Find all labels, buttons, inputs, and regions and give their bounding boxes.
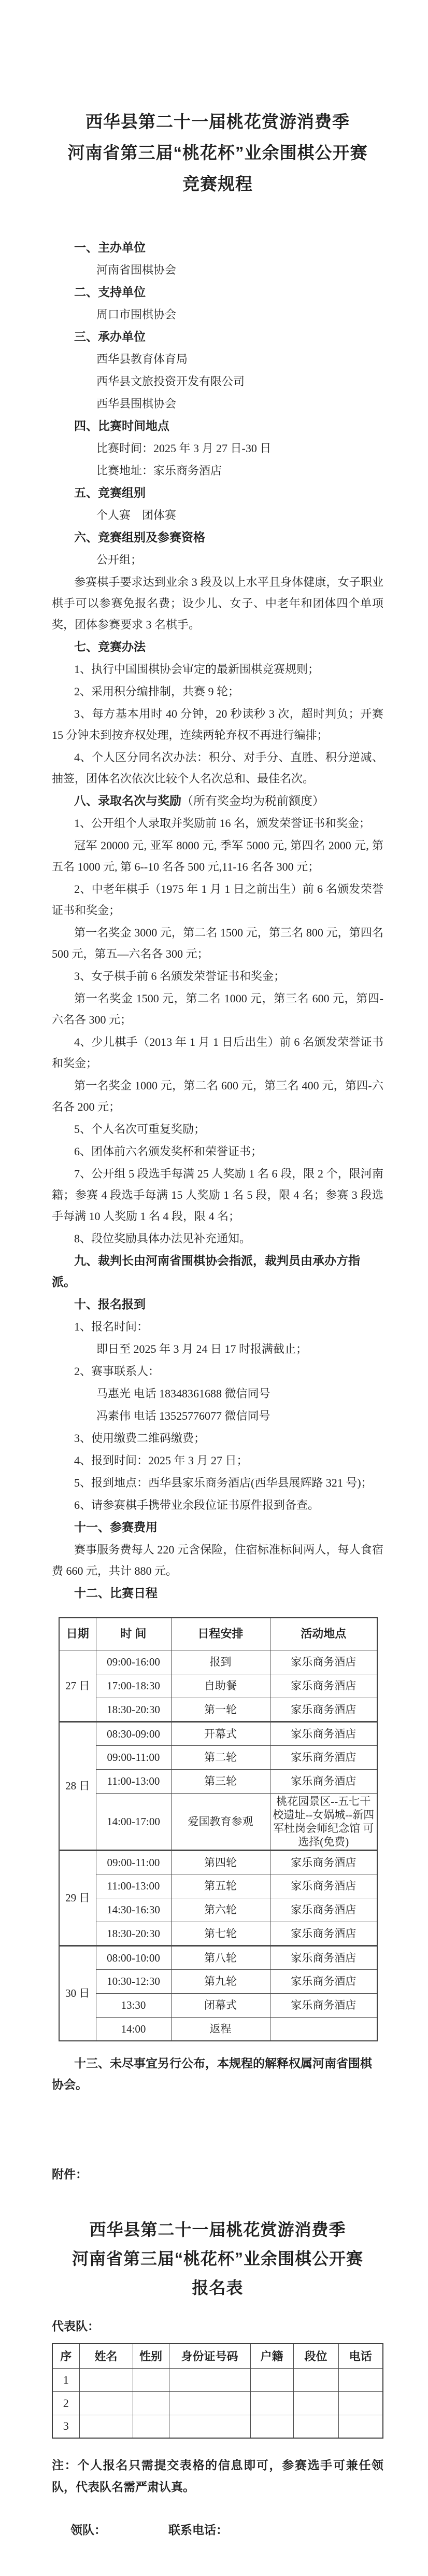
reg-empty-cell <box>133 2415 169 2438</box>
schedule-row: 29 日 09:00-11:00 第四轮 家乐商务酒店 <box>59 1850 377 1874</box>
event-cell: 第六轮 <box>171 1898 270 1922</box>
award-item: 冠军 20000 元, 亚军 8000 元, 季军 5000 元, 第四名 20… <box>52 835 383 877</box>
reg-header-gender: 性别 <box>133 2344 169 2368</box>
date-cell: 27 日 <box>59 1650 96 1721</box>
registration-table: 序 姓名 性别 身份证号码 户籍 段位 电话 1 2 3 <box>52 2343 383 2439</box>
team-label: 代表队： <box>52 2316 383 2337</box>
reg-no-cell: 1 <box>52 2368 79 2391</box>
signup-item: 1、报名时间： <box>52 1316 383 1337</box>
reg-empty-cell <box>79 2391 133 2415</box>
time-cell: 08:30-09:00 <box>96 1721 171 1745</box>
reg-empty-cell <box>293 2415 338 2438</box>
event-cell: 第五轮 <box>171 1874 270 1898</box>
reg-empty-cell <box>338 2391 383 2415</box>
time-cell: 08:00-10:00 <box>96 1945 171 1969</box>
reg-empty-cell <box>79 2415 133 2438</box>
venue-cell <box>270 2017 377 2041</box>
event-cell: 第八轮 <box>171 1945 270 1969</box>
time-cell: 11:00-13:00 <box>96 1769 171 1793</box>
time-cell: 10:30-12:30 <box>96 1969 171 1993</box>
section-heading-4: 四、比赛时间地点 <box>52 415 383 437</box>
form-note: 注：个人报名只需提交表格的信息即可，参赛选手可兼任领队，代表队名需严肃认真。 <box>52 2454 383 2498</box>
doc-title-line2: 河南省第三届“桃花杯”业余围棋公开赛 <box>52 137 383 169</box>
reg-header-phone: 电话 <box>338 2344 383 2368</box>
schedule-header-row: 日期 时 间 日程安排 活动地点 <box>59 1618 377 1650</box>
schedule-row: 11:00-13:00 第五轮 家乐商务酒店 <box>59 1874 377 1898</box>
section-heading-12: 十二、比赛日程 <box>52 1583 383 1604</box>
document-page: 西华县第二十一届桃花赏游消费季 河南省第三届“桃花杯”业余围棋公开赛 竞赛规程 … <box>0 0 428 2576</box>
event-cell: 第二轮 <box>171 1745 270 1769</box>
venue-cell: 家乐商务酒店 <box>270 1993 377 2017</box>
header-plan: 日程安排 <box>171 1618 270 1650</box>
reg-empty-cell <box>293 2391 338 2415</box>
reg-empty-cell <box>293 2368 338 2391</box>
time-cell: 14:30-16:30 <box>96 1898 171 1922</box>
time-cell: 09:00-11:00 <box>96 1745 171 1769</box>
rule-item: 4、个人区分同名次办法：积分、对手分、直胜、积分逆减、抽签，团体名次依次比较个人… <box>52 747 383 789</box>
leader-line: 领队：联系电话： <box>52 2519 383 2541</box>
eligibility-paragraph: 参赛棋手要求达到业余 3 段及以上水平且身体健康，女子职业棋手可以参赛免报名费；… <box>52 571 383 635</box>
rule-item: 1、执行中国围棋协会审定的最新围棋竞赛规则； <box>52 659 383 680</box>
date-cell: 28 日 <box>59 1721 96 1850</box>
reg-empty-cell <box>169 2415 250 2438</box>
schedule-row: 27 日 09:00-16:00 报到 家乐商务酒店 <box>59 1650 377 1674</box>
registration-header-row: 序 姓名 性别 身份证号码 户籍 段位 电话 <box>52 2344 383 2368</box>
org-item: 周口市围棋协会 <box>52 304 383 325</box>
schedule-row: 13:30 闭幕式 家乐商务酒店 <box>59 1993 377 2017</box>
org-item: 西华县文旅投资开发有限公司 <box>52 371 383 392</box>
section-heading-5: 五、竞赛组别 <box>52 482 383 503</box>
signup-deadline: 即日至 2025 年 3 月 24 日 17 时报满截止； <box>52 1338 383 1360</box>
reg-empty-cell <box>133 2391 169 2415</box>
reg-no-cell: 2 <box>52 2391 79 2415</box>
section-heading-6: 六、竞赛组别及参赛资格 <box>52 527 383 548</box>
doc-title-block: 西华县第二十一届桃花赏游消费季 河南省第三届“桃花杯”业余围棋公开赛 竞赛规程 <box>52 106 383 200</box>
header-venue: 活动地点 <box>270 1618 377 1650</box>
award-item: 5、个人名次可重复奖励； <box>52 1118 383 1140</box>
rule-item: 3、每方基本用时 40 分钟，20 秒读秒 3 次，超时判负；开赛 15 分钟未… <box>52 703 383 746</box>
schedule-row: 14:30-16:30 第六轮 家乐商务酒店 <box>59 1898 377 1922</box>
schedule-row: 14:00-17:00 爱国教育参观 桃花园景区--五七干校遗址--女娲城--新… <box>59 1793 377 1850</box>
reg-header-name: 姓名 <box>79 2344 133 2368</box>
section-heading-1: 一、主办单位 <box>52 237 383 258</box>
reg-empty-cell <box>169 2391 250 2415</box>
signup-item: 3、使用缴费二维码缴费； <box>52 1427 383 1449</box>
org-item: 西华县教育体育局 <box>52 348 383 370</box>
reg-empty-cell <box>133 2368 169 2391</box>
schedule-row: 11:00-13:00 第三轮 家乐商务酒店 <box>59 1769 377 1793</box>
form-title-line1: 西华县第二十一届桃花赏游消费季 <box>52 2215 383 2244</box>
venue-cell: 家乐商务酒店 <box>270 1922 377 1945</box>
award-item: 1、公开组个人录取并奖励前 16 名，颁发荣誉证书和奖金； <box>52 813 383 834</box>
signup-item: 5、报到地点：西华县家乐商务酒店(西华县展辉路 321 号)； <box>52 1472 383 1493</box>
reg-header-id: 身份证号码 <box>169 2344 250 2368</box>
signup-item: 6、请参赛棋手携带业余段位证书原件报到备查。 <box>52 1494 383 1516</box>
time-cell: 17:00-18:30 <box>96 1674 171 1698</box>
event-cell: 第九轮 <box>171 1969 270 1993</box>
section-heading-2: 二、支持单位 <box>52 282 383 303</box>
time-cell: 14:00-17:00 <box>96 1793 171 1850</box>
doc-title-line3: 竞赛规程 <box>52 169 383 200</box>
signup-item: 4、报到时间：2025 年 3 月 27 日； <box>52 1450 383 1471</box>
match-time: 比赛时间：2025 年 3 月 27 日-30 日 <box>52 438 383 459</box>
venue-cell: 家乐商务酒店 <box>270 1745 377 1769</box>
event-cell: 爱国教育参观 <box>171 1793 270 1850</box>
contact-person: 冯素伟 电话 13525776077 微信同号 <box>52 1405 383 1426</box>
reg-empty-cell <box>79 2368 133 2391</box>
venue-cell: 家乐商务酒店 <box>270 1769 377 1793</box>
schedule-row: 30 日 08:00-10:00 第八轮 家乐商务酒店 <box>59 1945 377 1969</box>
reg-empty-cell <box>250 2415 293 2438</box>
schedule-row: 10:30-12:30 第九轮 家乐商务酒店 <box>59 1969 377 1993</box>
header-date: 日期 <box>59 1618 96 1650</box>
signup-item: 2、赛事联系人： <box>52 1361 383 1382</box>
schedule-row: 18:30-20:30 第七轮 家乐商务酒店 <box>59 1922 377 1945</box>
schedule-row: 28 日 08:30-09:00 开幕式 家乐商务酒店 <box>59 1721 377 1745</box>
schedule-row: 09:00-11:00 第二轮 家乐商务酒店 <box>59 1745 377 1769</box>
award-item: 第一名奖金 1500 元，第二名 1000 元，第三名 600 元，第四-六名各… <box>52 988 383 1030</box>
event-cell: 第三轮 <box>171 1769 270 1793</box>
event-cell: 第四轮 <box>171 1850 270 1874</box>
venue-cell: 家乐商务酒店 <box>270 1850 377 1874</box>
reg-empty-cell <box>250 2368 293 2391</box>
section-heading-8-note: （所有奖金均为税前额度） <box>181 794 324 807</box>
schedule-row: 17:00-18:30 自助餐 家乐商务酒店 <box>59 1674 377 1698</box>
group-types: 个人赛 团体赛 <box>52 505 383 526</box>
form-title-block: 西华县第二十一届桃花赏游消费季 河南省第三届“桃花杯”业余围棋公开赛 报名表 <box>52 2215 383 2302</box>
leader-label: 领队： <box>70 2523 106 2537</box>
event-cell: 自助餐 <box>171 1674 270 1698</box>
schedule-row: 18:30-20:30 第一轮 家乐商务酒店 <box>59 1698 377 1721</box>
schedule-table: 日期 时 间 日程安排 活动地点 27 日 09:00-16:00 报到 家乐商… <box>59 1617 378 2041</box>
date-cell: 30 日 <box>59 1945 96 2041</box>
org-item: 西华县围棋协会 <box>52 393 383 414</box>
event-cell: 第一轮 <box>171 1698 270 1721</box>
award-item: 8、段位奖励具体办法见补充通知。 <box>52 1228 383 1249</box>
event-cell: 闭幕式 <box>171 1993 270 2017</box>
reg-no-cell: 3 <box>52 2415 79 2438</box>
venue-cell: 家乐商务酒店 <box>270 1898 377 1922</box>
open-group: 公开组； <box>52 549 383 570</box>
award-item: 7、公开组 5 段选手每满 25 人奖励 1 名 6 段，限 2 个，限河南籍；… <box>52 1163 383 1227</box>
time-cell: 18:30-20:30 <box>96 1922 171 1945</box>
venue-cell: 家乐商务酒店 <box>270 1698 377 1721</box>
reg-empty-cell <box>169 2368 250 2391</box>
phone-label: 联系电话： <box>168 2523 228 2537</box>
section-heading-9: 九、裁判长由河南省围棋协会指派，裁判员由承办方指派。 <box>52 1250 383 1293</box>
venue-cell: 家乐商务酒店 <box>270 1945 377 1969</box>
section-heading-13: 十三、未尽事宜另行公布，本规程的解释权属河南省围棋协会。 <box>52 2053 383 2095</box>
award-item: 4、少儿棋手（2013 年 1 月 1 日后出生）前 6 名颁发荣誉证书和奖金； <box>52 1031 383 1074</box>
section-heading-11: 十一、参赛费用 <box>52 1517 383 1538</box>
time-cell: 14:00 <box>96 2017 171 2041</box>
reg-header-residence: 户籍 <box>250 2344 293 2368</box>
registration-row: 3 <box>52 2415 383 2438</box>
registration-row: 1 <box>52 2368 383 2391</box>
time-cell: 09:00-11:00 <box>96 1850 171 1874</box>
match-address: 比赛地址：家乐商务酒店 <box>52 460 383 481</box>
section-heading-8-title: 八、录取名次与奖励 <box>74 794 181 807</box>
time-cell: 11:00-13:00 <box>96 1874 171 1898</box>
org-item: 河南省围棋协会 <box>52 259 383 281</box>
award-item: 2、中老年棋手（1975 年 1 月 1 日之前出生）前 6 名颁发荣誉证书和奖… <box>52 878 383 921</box>
award-item: 6、团体前六名颁发奖杯和荣誉证书； <box>52 1141 383 1162</box>
doc-title-line1: 西华县第二十一届桃花赏游消费季 <box>52 106 383 137</box>
event-cell: 返程 <box>171 2017 270 2041</box>
venue-cell: 家乐商务酒店 <box>270 1874 377 1898</box>
form-title-line3: 报名表 <box>52 2273 383 2302</box>
venue-cell: 家乐商务酒店 <box>270 1721 377 1745</box>
section-heading-8: 八、录取名次与奖励（所有奖金均为税前额度） <box>52 790 383 811</box>
section-heading-3: 三、承办单位 <box>52 326 383 347</box>
schedule-row: 14:00 返程 <box>59 2017 377 2041</box>
fee-paragraph: 赛事服务费每人 220 元含保险，住宿标准标间两人，每人食宿费 660 元，共计… <box>52 1539 383 1581</box>
time-cell: 13:30 <box>96 1993 171 2017</box>
time-cell: 18:30-20:30 <box>96 1698 171 1721</box>
reg-empty-cell <box>338 2415 383 2438</box>
event-cell: 开幕式 <box>171 1721 270 1745</box>
reg-header-rank: 段位 <box>293 2344 338 2368</box>
reg-empty-cell <box>338 2368 383 2391</box>
rule-item: 2、采用积分编排制，共赛 9 轮； <box>52 681 383 702</box>
venue-cell: 家乐商务酒店 <box>270 1650 377 1674</box>
award-item: 第一名奖金 3000 元，第二名 1500 元，第三名 800 元，第四名 50… <box>52 922 383 964</box>
attachment-label: 附件： <box>52 2164 383 2185</box>
contact-person: 马惠光 电话 18348361688 微信同号 <box>52 1383 383 1404</box>
venue-cell: 家乐商务酒店 <box>270 1969 377 1993</box>
reg-header-no: 序 <box>52 2344 79 2368</box>
time-cell: 09:00-16:00 <box>96 1650 171 1674</box>
section-heading-7: 七、竞赛办法 <box>52 636 383 657</box>
award-item: 第一名奖金 1000 元，第二名 600 元，第三名 400 元，第四-六名各 … <box>52 1075 383 1117</box>
form-title-line2: 河南省第三届“桃花杯”业余围棋公开赛 <box>52 2244 383 2273</box>
event-cell: 报到 <box>171 1650 270 1674</box>
registration-row: 2 <box>52 2391 383 2415</box>
award-item: 3、女子棋手前 6 名颁发荣誉证书和奖金； <box>52 965 383 987</box>
header-time: 时 间 <box>96 1618 171 1650</box>
reg-empty-cell <box>250 2391 293 2415</box>
venue-cell: 桃花园景区--五七干校遗址--女娲城--新四军杜岗会师纪念馆 可选择(免费) <box>270 1793 377 1850</box>
date-cell: 29 日 <box>59 1850 96 1945</box>
event-cell: 第七轮 <box>171 1922 270 1945</box>
section-heading-10: 十、报名报到 <box>52 1294 383 1315</box>
venue-cell: 家乐商务酒店 <box>270 1674 377 1698</box>
